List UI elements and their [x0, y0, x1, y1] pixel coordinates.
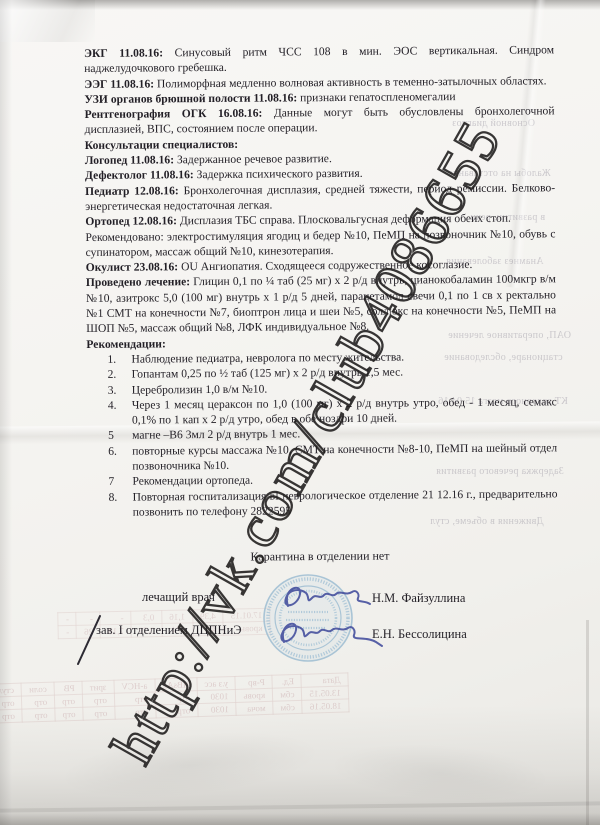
bottom-fold-crease: [0, 801, 600, 812]
paper-edge-line: [586, 620, 589, 825]
bleedthrough-cell: отр: [55, 707, 83, 721]
bleedthrough-cell: стул: [0, 683, 22, 697]
bleedthrough-text: Движения в объеме, стул: [430, 516, 543, 527]
bleedthrough-cell: отр: [22, 695, 55, 709]
report-paragraph: Проведено лечение: Глицин 0,1 по ¼ таб (…: [86, 272, 556, 337]
bleedthrough-cell: зрит: [82, 680, 114, 694]
corner-fold-highlight: [0, 0, 95, 42]
recommendation-item: 8.Повторная госпитализация вI неврологич…: [87, 486, 557, 520]
bleedthrough-cell: отр: [0, 709, 23, 723]
paper-edge-shadow: [0, 0, 600, 10]
scanned-medical-report: Основной диагноз Жалобы на отставание в …: [0, 0, 600, 825]
bleedthrough-cell: отр: [0, 696, 22, 710]
crumple-shadow: [328, 737, 551, 807]
bleedthrough-cell: Р-вр: [235, 675, 272, 689]
report-paragraph: ЭКГ 11.08.16: Синусовый ритм ЧСС 108 в м…: [84, 42, 554, 76]
bleedthrough-cell: отр: [82, 693, 114, 707]
bleedthrough-cell: сбм: [273, 700, 303, 714]
bleedthrough-cell: кровь: [236, 688, 273, 702]
bleedthrough-cell: 18.05.16: [302, 699, 349, 713]
bleedthrough-cell: сбм: [272, 687, 302, 701]
bleedthrough-cell: РВ: [54, 681, 82, 695]
bleedthrough-cell: отр: [54, 694, 82, 708]
report-paragraph: Рекомендовано: электростимуляция ягодиц …: [85, 226, 555, 260]
bottom-edge-shadow: [0, 705, 600, 825]
bleedthrough-cell: Ед.: [272, 674, 302, 688]
bleedthrough-cell: отр: [22, 708, 55, 722]
bleedthrough-cell: моча: [236, 701, 273, 715]
bleedthrough-cell: 1030: [198, 702, 237, 716]
handwritten-signature: [270, 580, 400, 670]
bleedthrough-cell: соли: [21, 682, 54, 696]
pen-stroke: [70, 612, 106, 668]
crumple-shadow: [58, 722, 323, 809]
